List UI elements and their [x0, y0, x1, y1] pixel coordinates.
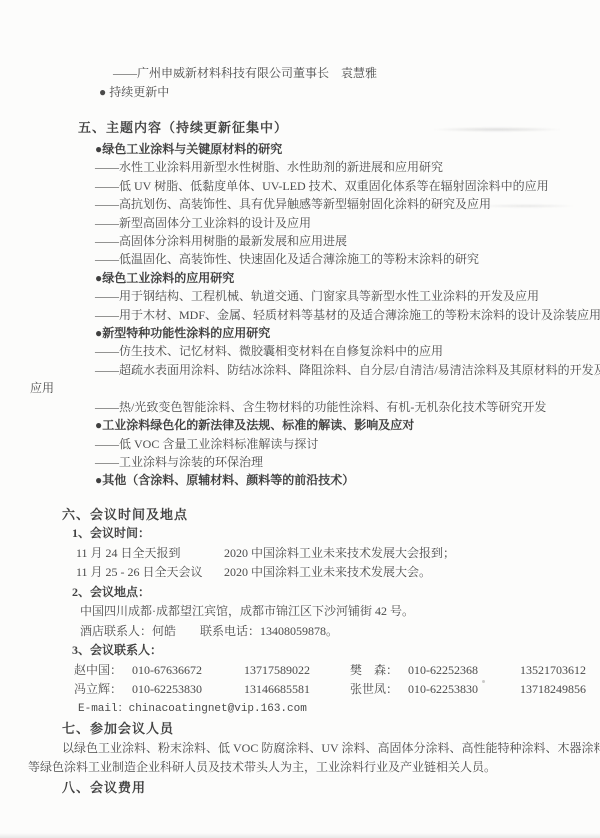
- topic-category: ●新型特种功能性涂料的应用研究: [95, 324, 574, 342]
- venue-address: 中国四川成都·成都望江宾馆，成都市锦江区下沙河铺街 42 号。: [80, 602, 574, 622]
- schedule-event: 2020 中国涂料工业未来技术发展大会。: [224, 563, 574, 583]
- topic-item: ——用于钢结构、工程机械、轨道交通、门窗家具等新型水性工业涂料的开发及应用: [95, 287, 574, 305]
- contact-phone: 010-62252368: [408, 661, 520, 681]
- topic-category: ●工业涂料绿色化的新法律及法规、标准的解读、影响及应对: [95, 416, 574, 434]
- topic-item: ——新型高固体分工业涂料的设计及应用: [95, 214, 574, 232]
- contact-name: 赵中国：: [74, 661, 132, 681]
- schedule-date: 11 月 25 - 26 日全天会议: [76, 563, 224, 583]
- contact-row: 冯立辉： 010-62253830 13146685581 张世凤： 010-6…: [74, 680, 574, 700]
- topic-item: ——水性工业涂料用新型水性树脂、水性助剂的新进展和应用研究: [95, 158, 574, 176]
- contact-name: 樊 森：: [350, 661, 408, 681]
- topic-item: ——用于木材、MDF、金属、轻质材料等基材的及适合薄涂施工的等粉末涂料的设计及涂…: [95, 306, 574, 324]
- update-note-bullet: ● 持续更新中: [99, 83, 574, 102]
- topic-item: ——低 VOC 含量工业涂料标准解读与探讨: [95, 435, 574, 453]
- topic-item: ——低 UV 树脂、低黏度单体、UV-LED 技术、双重固化体系等在辐射固涂料中…: [95, 177, 574, 195]
- scanned-document-page: ——广州申威新材料科技有限公司董事长 袁慧雅 ● 持续更新中 五、主题内容（持续…: [0, 0, 600, 838]
- contact-phone: 010-67636672: [132, 661, 244, 681]
- meeting-location-label: 2、会议地点：: [72, 583, 574, 603]
- attendees-paragraph-line: 等绿色涂料工业制造企业科研人员及技术带头人为主，工业涂料行业及产业链相关人员。: [28, 758, 574, 778]
- contact-email: E-mail：chinacoatingnet@vip.163.com: [78, 700, 574, 720]
- meeting-contacts-label: 3、会议联系人：: [72, 641, 574, 661]
- contact-name: 张世凤：: [350, 680, 408, 700]
- hotel-contact: 酒店联系人：何皓 联系电话：13408059878。: [80, 622, 574, 642]
- section-7-heading: 七、参加会议人员: [62, 719, 574, 739]
- section-8-heading: 八、会议费用: [62, 778, 574, 798]
- section-6-heading: 六、会议时间及地点: [62, 505, 574, 525]
- schedule-row: 11 月 25 - 26 日全天会议 2020 中国涂料工业未来技术发展大会。: [76, 563, 574, 583]
- schedule-row: 11 月 24 日全天报到 2020 中国涂料工业未来技术发展大会报到；: [76, 544, 574, 564]
- contact-phone: 010-62253830: [132, 680, 244, 700]
- contact-mobile: 13718249856: [520, 680, 586, 700]
- attendees-paragraph-line: 以绿色工业涂料、粉末涂料、低 VOC 防腐涂料、UV 涂料、高固体分涂料、高性能…: [62, 739, 574, 759]
- topic-item: ——热/光致变色智能涂料、含生物材料的功能性涂料、有机-无机杂化技术等研究开发: [95, 398, 574, 416]
- schedule-event: 2020 中国涂料工业未来技术发展大会报到；: [224, 544, 574, 564]
- topic-item: ——高抗划伤、高装饰性、具有优异触感等新型辐射固化涂料的研究及应用: [95, 195, 574, 213]
- contact-mobile: 13146685581: [244, 680, 350, 700]
- section-5-heading: 五、主题内容（持续更新征集中）: [78, 117, 574, 138]
- topic-item: ——仿生技术、记忆材料、微胶囊相变材料在自修复涂料中的应用: [95, 342, 574, 360]
- topic-item: ——超疏水表面用涂料、防结冰涂料、降阻涂料、自分层/自清洁/易清洁涂料及其原材料…: [95, 361, 574, 379]
- topic-category: ●其他（含涂料、原辅材料、颜料等的前沿技术）: [95, 471, 574, 489]
- topic-category: ●绿色工业涂料的应用研究: [95, 269, 574, 287]
- topic-item: ——工业涂料与涂装的环保治理: [95, 453, 574, 471]
- contact-mobile: 13521703612: [520, 661, 586, 681]
- contact-phone: 010-62253830: [408, 680, 520, 700]
- contact-mobile: 13717589022: [244, 661, 350, 681]
- scan-edge-shadow: [0, 833, 600, 838]
- speaker-attribution: ——广州申威新材料科技有限公司董事长 袁慧雅: [113, 64, 574, 83]
- contact-row: 赵中国： 010-67636672 13717589022 樊 森： 010-6…: [74, 661, 574, 681]
- topics-list: ●绿色工业涂料与关键原材料的研究 ——水性工业涂料用新型水性树脂、水性助剂的新进…: [28, 140, 574, 490]
- topic-item-continuation: 应用: [30, 379, 574, 397]
- schedule-date: 11 月 24 日全天报到: [76, 544, 224, 564]
- contact-name: 冯立辉：: [74, 680, 132, 700]
- topic-category: ●绿色工业涂料与关键原材料的研究: [95, 140, 574, 158]
- meeting-time-label: 1、会议时间：: [72, 524, 574, 544]
- topic-item: ——高固体分涂料用树脂的最新发展和应用进展: [95, 232, 574, 250]
- topic-item: ——低温固化、高装饰性、快速固化及适合薄涂施工的等粉末涂料的研究: [95, 250, 574, 268]
